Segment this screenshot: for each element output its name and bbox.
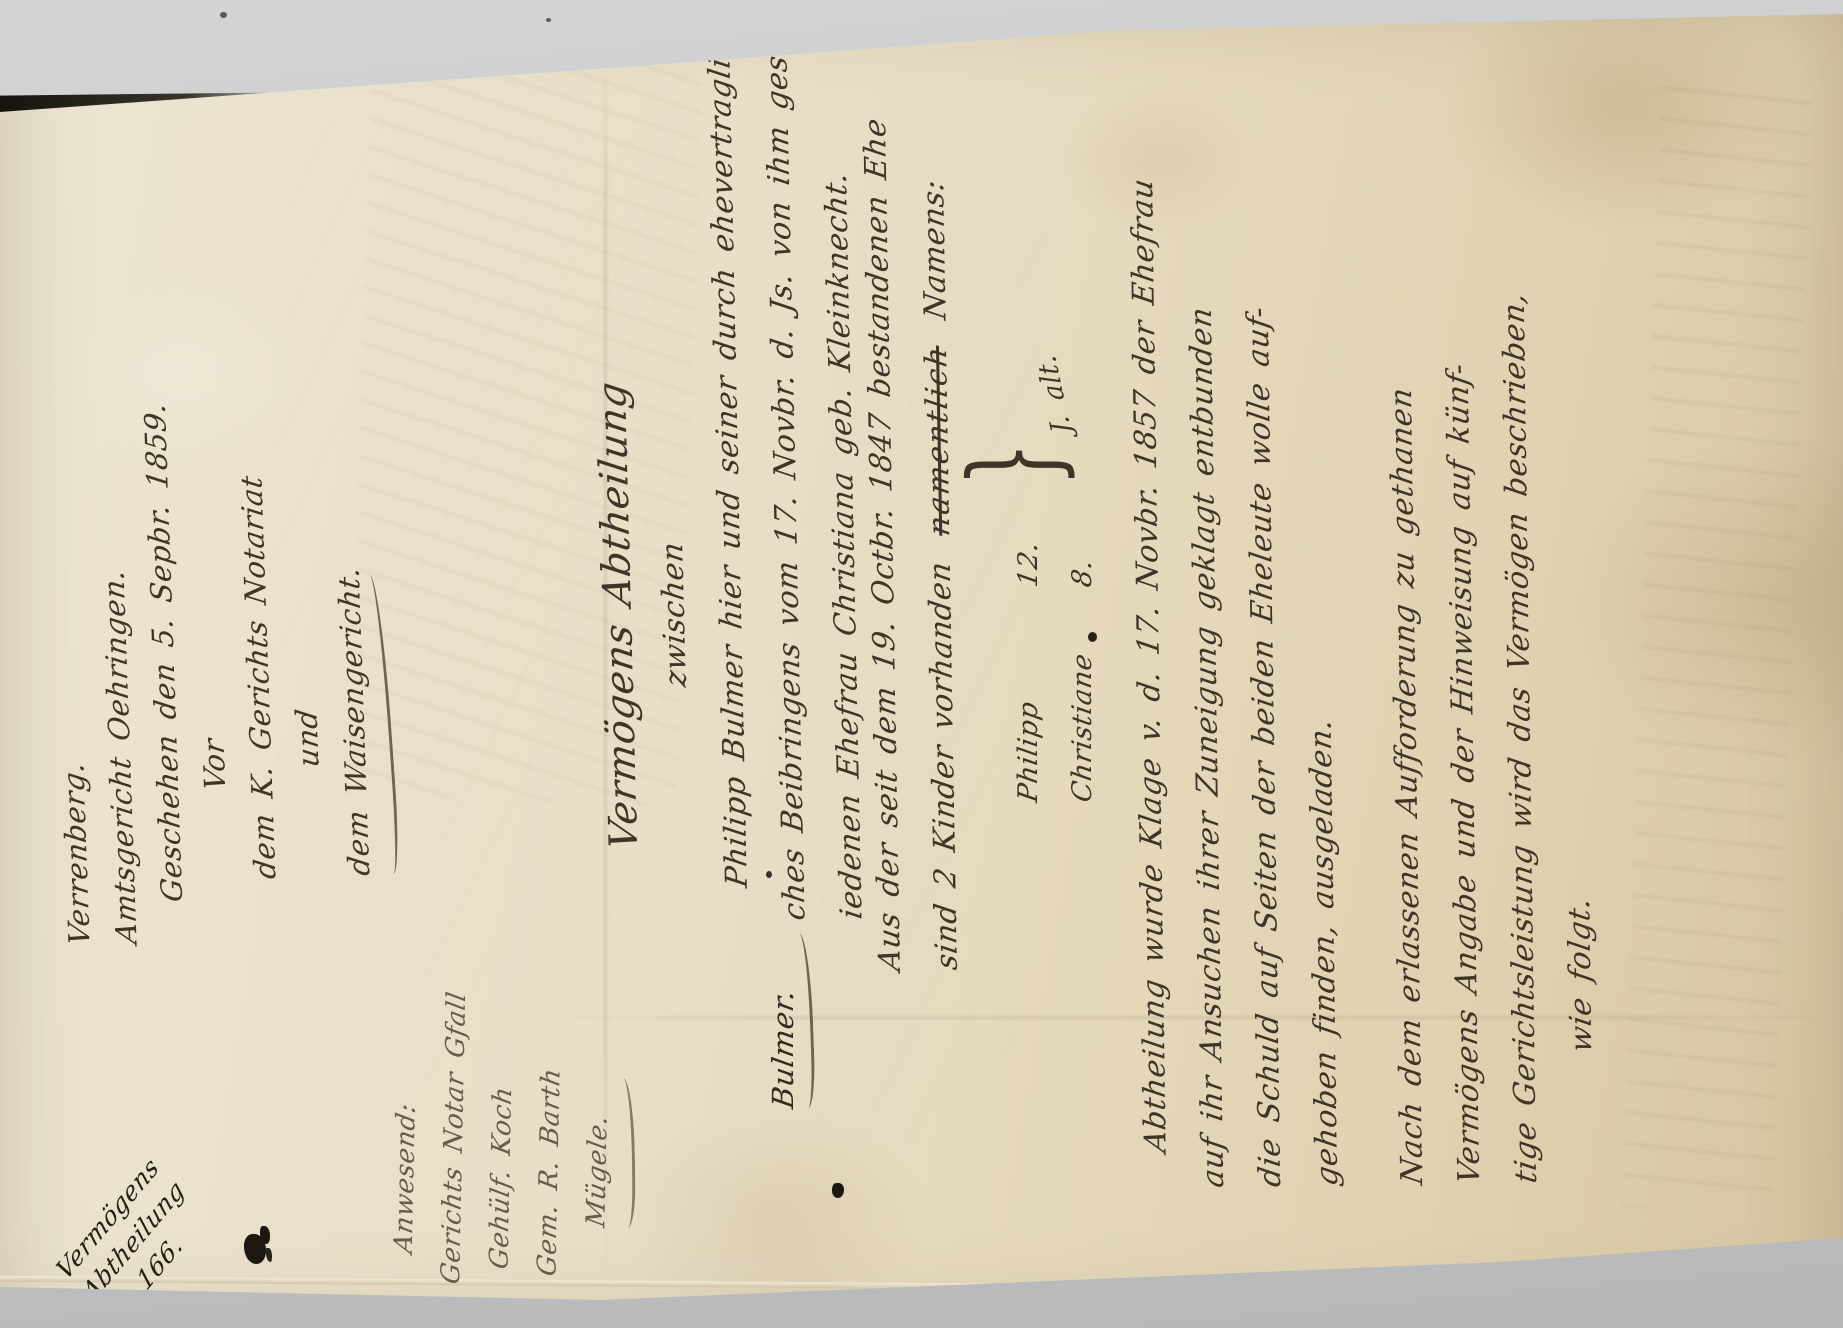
children-list: Philipp 12. Christiane 8. } J. alt. (1002, 542, 1110, 802)
ink-blot (244, 1234, 266, 1264)
attendee-line: Mügele. (572, 1003, 624, 1232)
child-name: Christiane (1056, 598, 1110, 807)
child-row: Christiane 8. (1056, 538, 1110, 806)
attendees-title: Anwesend: (380, 999, 433, 1258)
margin-name-label: Bulmer. (766, 933, 813, 1108)
manuscript-page: Vermögens Abtheilung N. 166. Verrenberg.… (0, 0, 1843, 1328)
child-row: Philipp 12. (1002, 538, 1056, 806)
page-bottom-edge (0, 1276, 1843, 1296)
marriage-paragraph: Aus der seit dem 19. Octbr. 1847 bestand… (846, 69, 976, 971)
docket-note: Vermögens Abtheilung N. 166. (48, 1152, 220, 1328)
underline-flourish (623, 1077, 636, 1227)
child-name: Philipp (1002, 598, 1056, 807)
attendees-block: Anwesend: Gerichts Notar Gfall Gehülf. K… (379, 1002, 638, 1287)
document-heading: Vermögens Abtheilung zwischen (590, 379, 698, 851)
child-age: 8. (1067, 557, 1098, 589)
photo-backdrop: Vermögens Abtheilung N. 166. Verrenberg.… (0, 0, 1843, 1328)
attendee-line: Gem. R. Barth (523, 1002, 576, 1281)
backdrop-speck (546, 18, 551, 22)
margin-name-text: Bulmer. (766, 930, 800, 1110)
attendee-line: Gerichts Notar Gfall (427, 1000, 481, 1289)
ink-speck (1088, 632, 1097, 642)
header-block: Verrenberg. Amtsgericht Oehringen. Gesch… (36, 334, 399, 946)
ink-speck (766, 871, 772, 878)
bleedthrough-text-lower (1622, 68, 1812, 1213)
decree-paragraph: Abtheilung wurde Klage v. d. 17. Novbr. … (1112, 22, 1612, 1189)
backdrop-speck (220, 12, 227, 18)
marriage-line-pre: sind 2 Kinder vorhanden (923, 559, 965, 972)
attendee-line: Gehülf. Koch (475, 1001, 528, 1274)
grouping-brace: } (985, 441, 1040, 486)
child-age: 12. (1013, 540, 1044, 590)
ink-blot (832, 1183, 844, 1198)
manuscript-content: Vermögens Abtheilung N. 166. Verrenberg.… (30, 60, 1810, 1270)
marriage-line-post: Namens: (916, 178, 954, 322)
